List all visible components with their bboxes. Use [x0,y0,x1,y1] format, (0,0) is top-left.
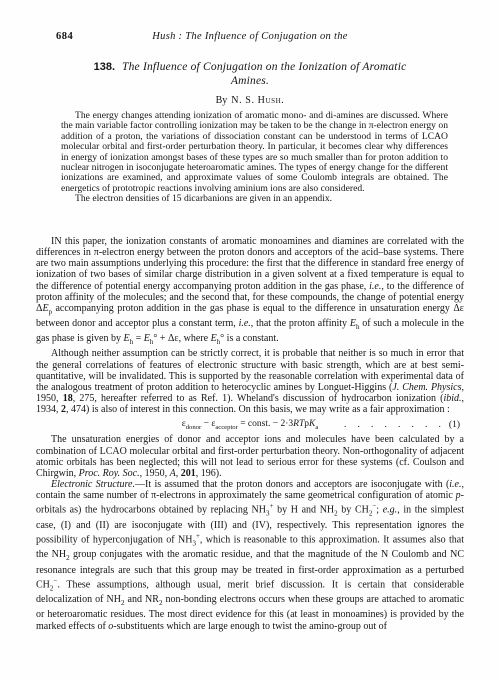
page-number: 684 [56,31,73,42]
author-name: N. S. Hush. [231,95,284,106]
equation-number: (1) [449,420,460,430]
article-heading: 138.The Influence of Conjugation on the … [80,60,420,88]
body-paragraph-1: IN this paper, the ionization constants … [36,236,464,348]
body-paragraph-4: Electronic Structure.—It is assumed that… [36,479,464,632]
equation-leader-dots: . . . . . . . . [344,420,442,430]
byline: ByN. S. Hush. [0,95,500,106]
abstract-paragraph-1: The energy changes attending ionization … [61,111,448,194]
equation-leader: . . . . . . . .(1) [344,420,460,431]
article-number: 138. [94,61,122,73]
body-paragraph-3: The unsaturation energies of donor and a… [36,434,464,479]
running-title: Hush : The Influence of Conjugation on t… [152,31,347,42]
byline-prefix: By [216,95,228,106]
abstract: The energy changes attending ionization … [61,111,448,205]
equation-expression: εdonor − εacceptor = const. − 2·3RTpKa [182,419,319,429]
journal-page: 684 Hush : The Influence of Conjugation … [0,0,500,679]
equation-1: εdonor − εacceptor = const. − 2·3RTpKa .… [36,419,464,431]
body-paragraph-2: Although neither assumption can be stric… [36,348,464,415]
page-header: 684 Hush : The Influence of Conjugation … [0,31,500,42]
article-body: IN this paper, the ionization constants … [36,236,464,632]
abstract-paragraph-2: The electron densities of 15 dicarbanion… [61,194,448,204]
article-title: The Influence of Conjugation on the Ioni… [122,61,406,87]
